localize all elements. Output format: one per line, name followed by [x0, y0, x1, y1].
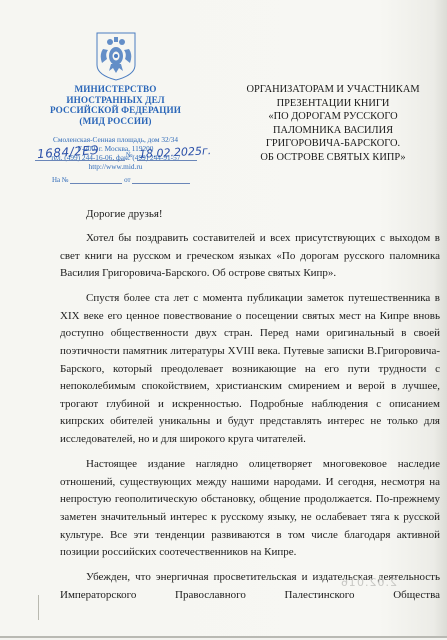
addressee-line: «ПО ДОРОГАМ РУССКОГО	[222, 110, 444, 124]
paragraph: Хотел бы поздравить составителей и всех …	[60, 230, 440, 283]
show-through-stamp: 2.02.016	[340, 576, 397, 589]
paragraph: Спустя более ста лет с момента публикаци…	[60, 290, 440, 448]
margin-mark	[38, 595, 39, 620]
number-label: №	[126, 151, 133, 159]
underline	[35, 160, 125, 161]
letter-body: Хотел бы поздравить составителей и всех …	[60, 230, 440, 612]
addressee-line: ПРЕЗЕНТАЦИИ КНИГИ	[222, 97, 444, 111]
reference-line: На № от	[52, 175, 212, 184]
from-label: от	[124, 176, 130, 184]
paragraph: Настоящее издание наглядно олицетворяет …	[60, 456, 440, 562]
salutation: Дорогие друзья!	[86, 208, 163, 220]
ref-date-blank	[132, 175, 190, 184]
registration-date: 18.02.2025г.	[139, 144, 212, 161]
ministry-name: МИНИСТЕРСТВО ИНОСТРАННЫХ ДЕЛ РОССИЙСКОЙ …	[28, 84, 203, 126]
addressee-line: ОБ ОСТРОВЕ СВЯТЫХ КИПР»	[222, 151, 444, 165]
ministry-line: МИНИСТЕРСТВО	[28, 84, 203, 95]
ref-number-blank	[70, 175, 122, 184]
addressee-line: ГРИГОРОВИЧА-БАРСКОГО.	[222, 137, 444, 151]
ministry-line: (МИД РОССИИ)	[28, 116, 203, 127]
coat-of-arms-icon	[95, 31, 137, 81]
addressee-block: ОРГАНИЗАТОРАМ И УЧАСТНИКАМ ПРЕЗЕНТАЦИИ К…	[222, 83, 444, 165]
website-line: http://www.mid.ru	[28, 162, 203, 171]
addressee-line: ОРГАНИЗАТОРАМ И УЧАСТНИКАМ	[222, 83, 444, 97]
addressee-line: ПАЛОМНИКА ВАСИЛИЯ	[222, 124, 444, 138]
ministry-line: РОССИЙСКОЙ ФЕДЕРАЦИИ	[28, 105, 203, 116]
registration-line: 1684/2ЕЭ № 18.02.2025г.	[31, 146, 211, 162]
underline	[137, 160, 197, 161]
letter-page: МИНИСТЕРСТВО ИНОСТРАННЫХ ДЕЛ РОССИЙСКОЙ …	[0, 0, 447, 638]
ref-label: На №	[52, 176, 69, 184]
ministry-line: ИНОСТРАННЫХ ДЕЛ	[28, 95, 203, 106]
address-line: Смоленская-Сенная площадь, дом 32/34	[28, 135, 203, 144]
registration-number: 1684/2ЕЭ	[37, 143, 100, 161]
